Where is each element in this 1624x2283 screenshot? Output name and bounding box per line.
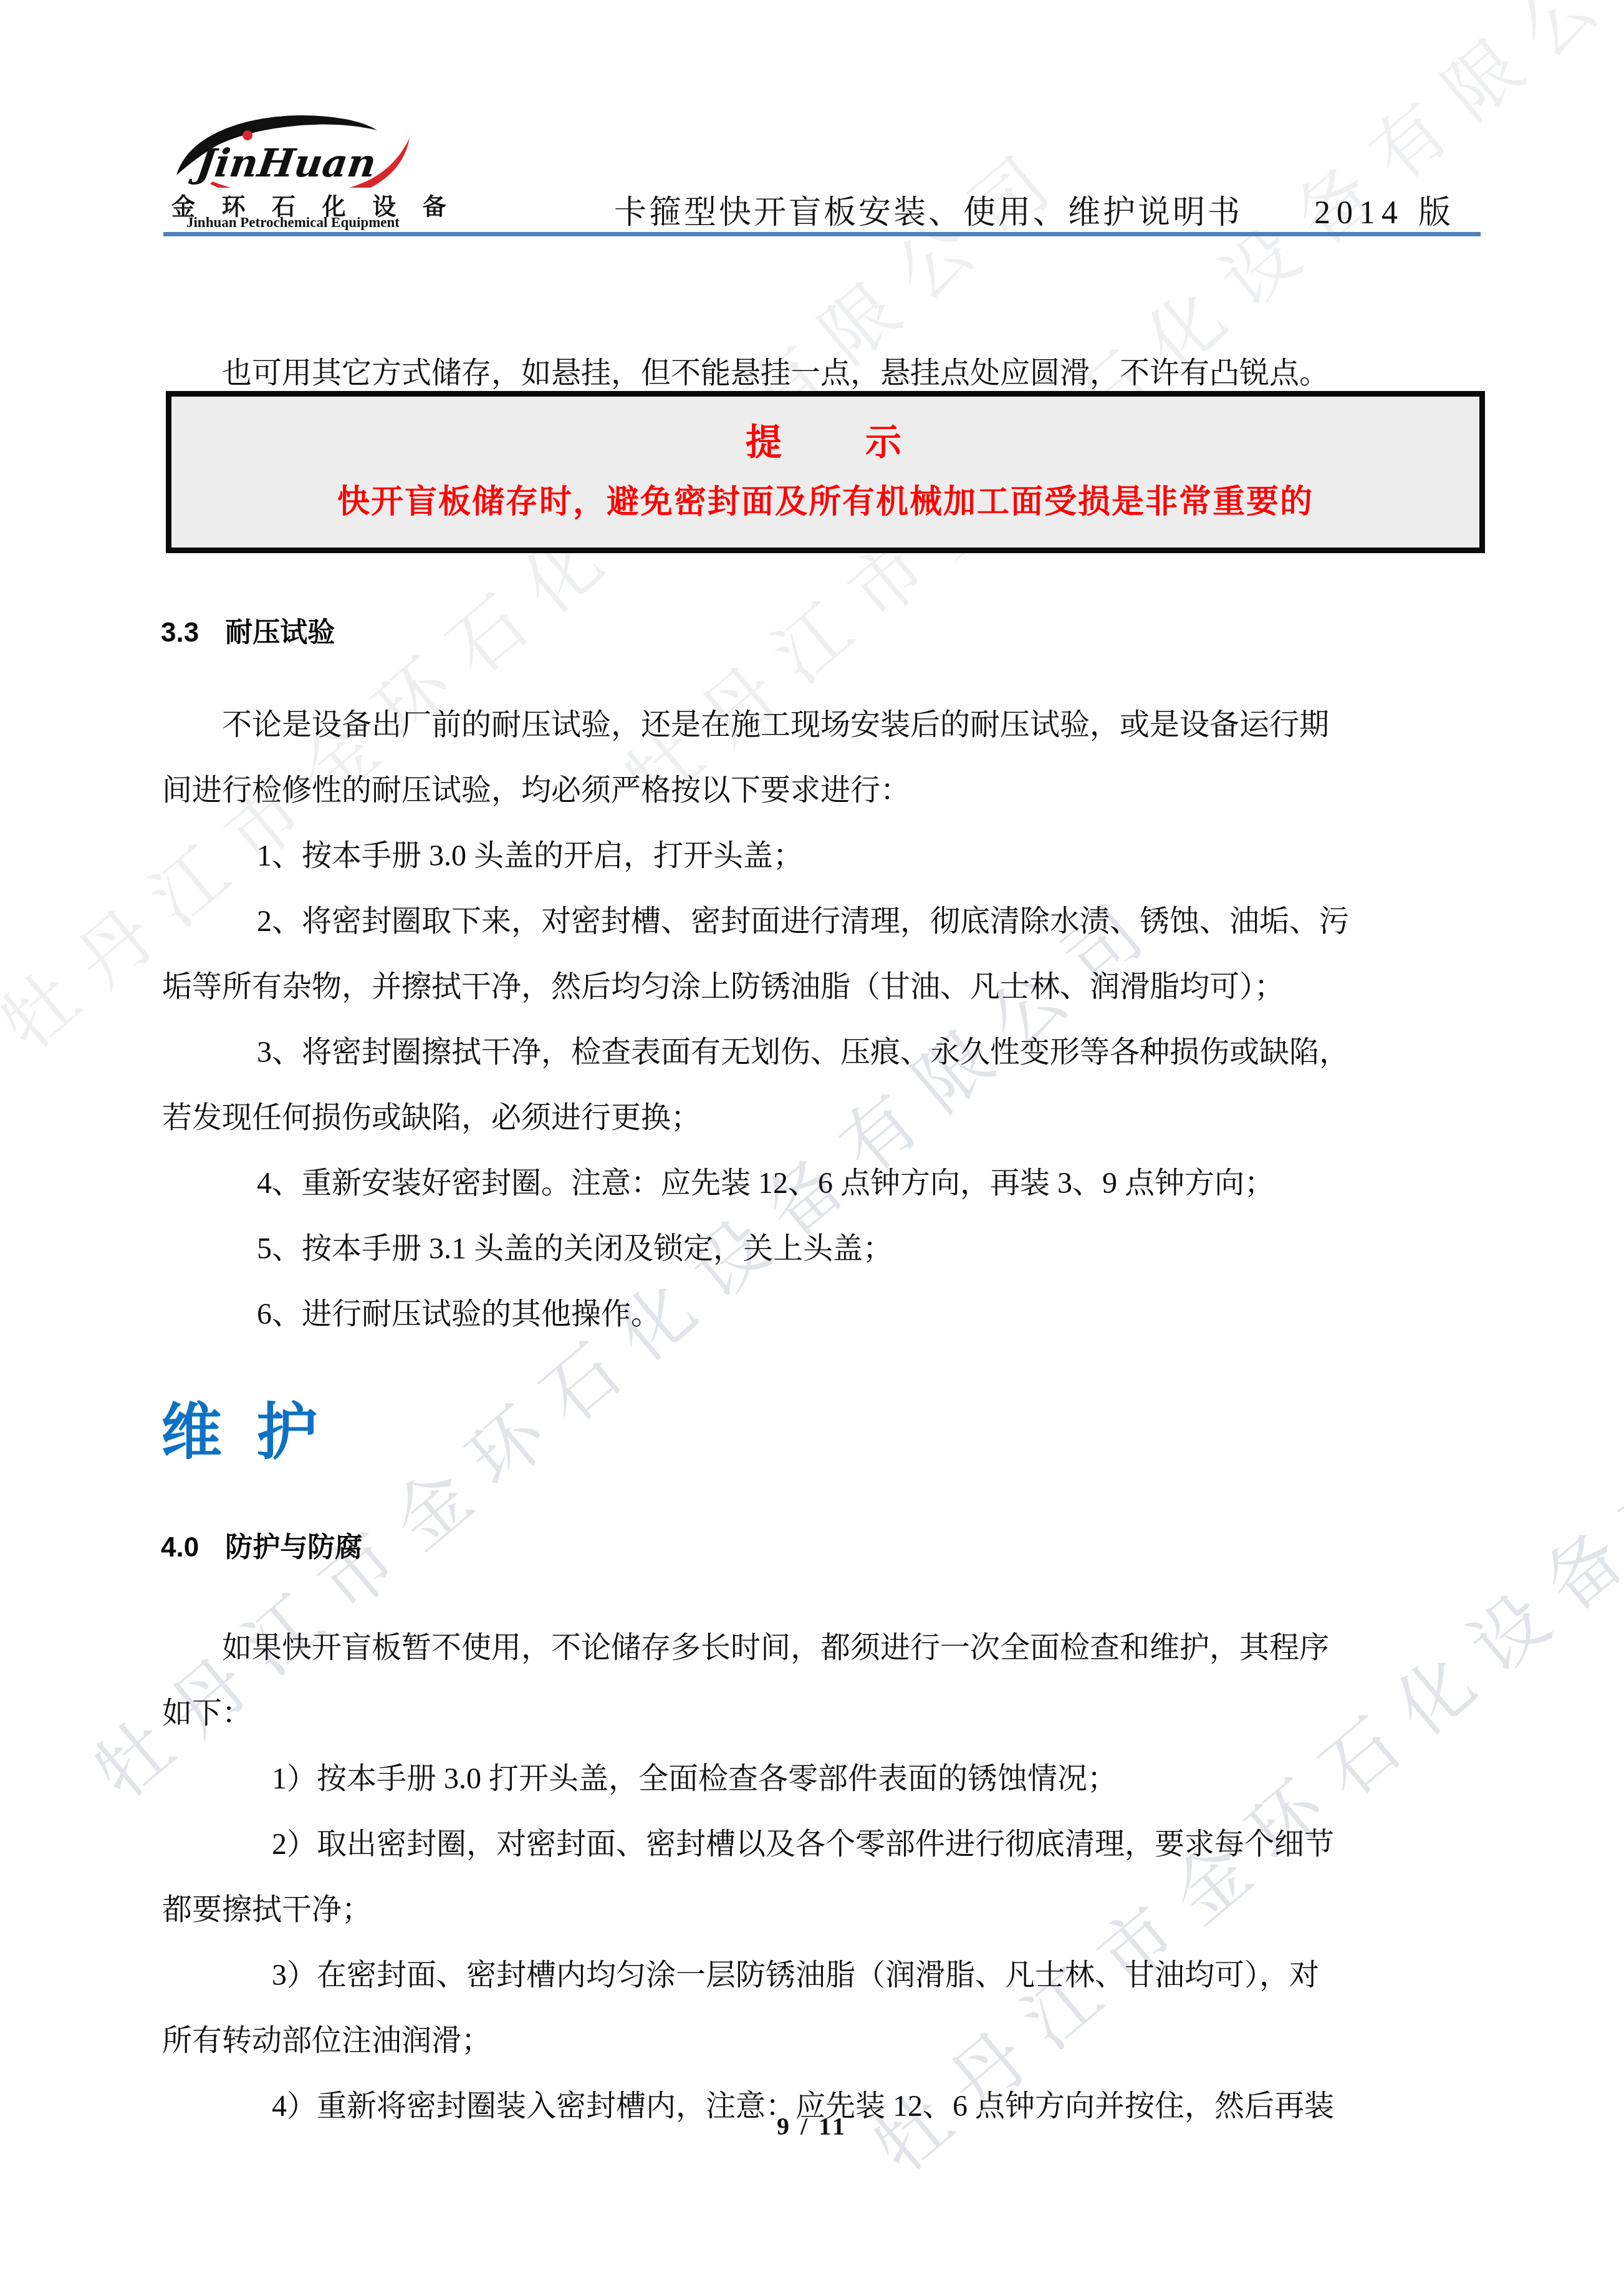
section-40-title: 防护与防腐 xyxy=(225,1529,362,1566)
logo-english-name: Jinhuan Petrochemical Equipment xyxy=(167,215,419,231)
section-40-heading: 4.0防护与防腐 xyxy=(161,1529,362,1566)
section-33-intro-line: 间进行检修性的耐压试验，均必须严格按以下要求进行： xyxy=(162,758,1496,823)
logo-script: JinHuan xyxy=(188,140,379,186)
list-item: 5、按本手册 3.1 头盖的关闭及锁定，关上头盖； xyxy=(162,1216,1496,1281)
list-item-continuation: 若发现任何损伤或缺陷，必须进行更换； xyxy=(162,1085,1496,1151)
list-item: 3、将密封圈擦拭干净，检查表面有无划伤、压痕、永久性变形等各种损伤或缺陷， xyxy=(162,1020,1496,1085)
list-item-continuation: 都要擦拭干净； xyxy=(162,1877,1496,1943)
section-33-heading: 3.3耐压试验 xyxy=(161,614,335,652)
list-item-continuation: 垢等所有杂物，并擦拭干净，然后均匀涂上防锈油脂（甘油、凡士林、润滑脂均可）； xyxy=(162,954,1496,1020)
logo-dot xyxy=(243,130,252,140)
list-item: 2、将密封圈取下来，对密封槽、密封面进行清理，彻底清除水渍、锈蚀、油垢、污 xyxy=(162,889,1496,954)
section-40-intro-line: 如下： xyxy=(162,1681,1496,1746)
doc-title: 卡箍型快开盲板安装、使用、维护说明书 xyxy=(614,186,1242,233)
company-logo: JinHuan xyxy=(171,114,415,188)
tip-title: 提 示 xyxy=(171,413,1479,465)
list-item: 1、按本手册 3.0 头盖的开启，打开头盖； xyxy=(162,823,1496,889)
list-item: 1）按本手册 3.0 打开头盖，全面检查各零部件表面的锈蚀情况； xyxy=(162,1746,1496,1812)
header-rule xyxy=(163,232,1481,236)
tip-text: 快开盲板储存时，避免密封面及所有机械加工面受损是非常重要的 xyxy=(171,475,1479,522)
maintenance-heading: 维 护 xyxy=(161,1383,326,1471)
tip-box: 提 示 快开盲板储存时，避免密封面及所有机械加工面受损是非常重要的 xyxy=(166,391,1485,553)
doc-edition: 2014 版 xyxy=(1314,186,1457,233)
logo-mark: JinHuan xyxy=(171,114,415,188)
list-item: 2）取出密封圈，对密封面、密封槽以及各个零部件进行彻底清理，要求每个细节 xyxy=(162,1812,1496,1877)
document-page: 牡丹江市金环石化设备有限公司 牡丹江市金环石化设备有限公司 牡丹江市金环石化设备… xyxy=(0,0,1624,2283)
list-item: 3）在密封面、密封槽内均匀涂一层防锈油脂（润滑脂、凡士林、甘油均可），对 xyxy=(162,1943,1496,2008)
section-33-title: 耐压试验 xyxy=(225,614,335,652)
list-item-continuation: 所有转动部位注油润滑； xyxy=(162,2008,1496,2073)
page-number: 9 / 11 xyxy=(0,2112,1624,2141)
list-item: 6、进行耐压试验的其他操作。 xyxy=(162,1281,1496,1347)
section-40-intro-line: 如果快开盲板暂不使用，不论储存多长时间，都须进行一次全面检查和维护，其程序 xyxy=(162,1615,1496,1681)
section-40-number: 4.0 xyxy=(161,1529,199,1566)
list-item: 4、重新安装好密封圈。注意：应先装 12、6 点钟方向，再装 3、9 点钟方向； xyxy=(162,1151,1496,1216)
section-33-intro-line: 不论是设备出厂前的耐压试验，还是在施工现场安装后的耐压试验，或是设备运行期 xyxy=(162,692,1496,758)
section-33-number: 3.3 xyxy=(161,614,199,652)
